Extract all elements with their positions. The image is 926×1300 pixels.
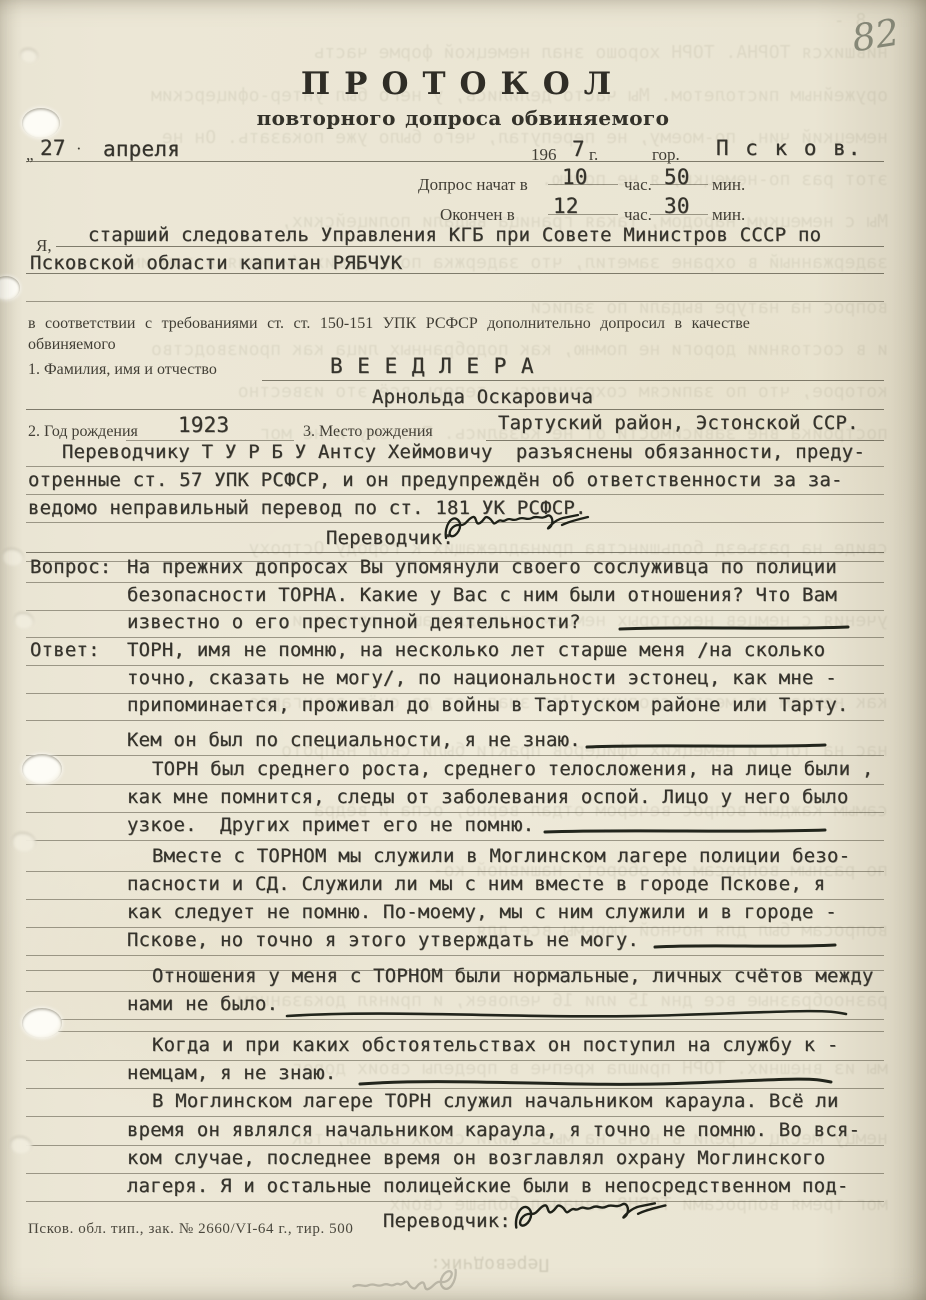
punch-hole xyxy=(22,1008,62,1038)
paper-tear xyxy=(14,612,34,629)
body-text-line: лагеря. Я и остальные полицейские были в… xyxy=(127,1177,849,1196)
footer-signature-label: Переводчик: xyxy=(383,1212,511,1231)
body-text-line: точно, сказать не могу/, по национальнос… xyxy=(127,669,837,688)
print-shop-imprint: Псков. обл. тип., зак. № 2660/VI-64 г., … xyxy=(28,1222,353,1237)
body-text-line: Когда и при каких обстоятельствах он пос… xyxy=(152,1036,839,1055)
qa-label: Ответ: xyxy=(30,641,100,660)
paper-tear xyxy=(12,832,36,852)
body-text-line: пасности и СД. Служили ли мы с ним вмест… xyxy=(127,875,825,894)
paper-tear xyxy=(20,48,38,63)
body-text-layer: Вопрос:На прежних допросах Вы упомянули … xyxy=(0,0,926,1300)
body-text-line: время он являлся начальником караула, я … xyxy=(127,1121,860,1140)
body-text-line: припоминается, проживал до войны в Тарту… xyxy=(127,696,849,715)
body-text-line: как мне помнится, следы от заболевания о… xyxy=(127,788,849,807)
body-text-line: В Моглинском лагере ТОРН служил начальни… xyxy=(152,1092,839,1111)
body-text-line: безопасности ТОРНА. Какие у Вас с ним бы… xyxy=(127,586,837,605)
body-text-line: Пскове, но точно я этого утверждать не м… xyxy=(127,931,639,950)
body-text-line: ТОРН был среднего роста, среднего телосл… xyxy=(152,760,874,779)
body-text-line: Вместе с ТОРНОМ мы служили в Моглинском … xyxy=(152,847,850,866)
body-text-line: немцам, я не знаю. xyxy=(127,1064,337,1083)
body-text-line: На прежних допросах Вы упомянули своего … xyxy=(127,558,837,577)
paper-tear xyxy=(10,1136,32,1154)
body-text-line: узкое. Других примет его не помню. xyxy=(127,816,534,835)
document-page: - 8 -нившихся ТОРНА. ТОРН хорошо знал не… xyxy=(0,0,926,1300)
paper-tear xyxy=(2,548,24,566)
body-text-line: нами не было. xyxy=(127,995,278,1014)
body-text-line: ком случае, последнее время он возглавля… xyxy=(127,1149,825,1168)
body-text-line: известно о его преступной деятельности? xyxy=(127,613,581,632)
body-text-line: как следует не помню. По-моему, мы с ним… xyxy=(127,903,837,922)
punch-hole xyxy=(22,754,62,784)
punch-hole xyxy=(22,108,60,138)
body-text-line: Отношения у меня с ТОРНОМ были нормальны… xyxy=(152,967,874,986)
body-text-line: Кем он был по специальности, я не знаю. xyxy=(127,731,581,750)
qa-label: Вопрос: xyxy=(30,558,111,577)
body-text-line: ТОРН, имя не помню, на несколько лет ста… xyxy=(127,641,825,660)
